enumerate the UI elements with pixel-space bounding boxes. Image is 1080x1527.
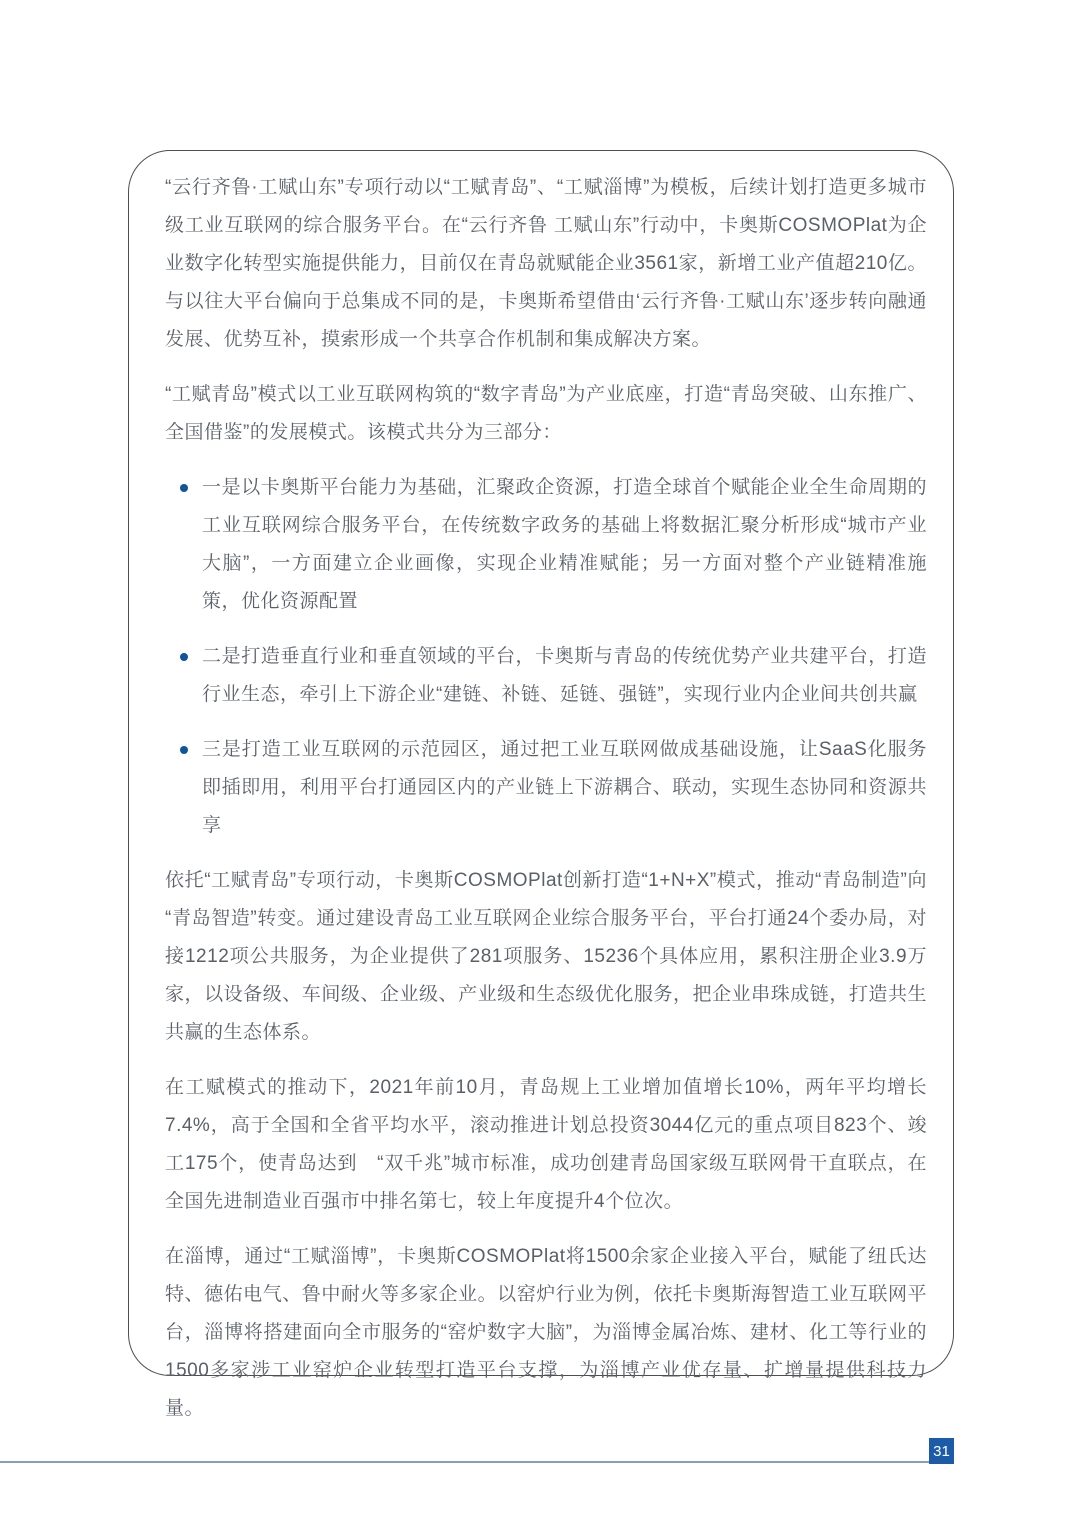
bullet-item-2: 二是打造垂直行业和垂直领域的平台，卡奥斯与青岛的传统优势产业共建平台，打造行业生…: [165, 638, 927, 714]
bullet-item-3: 三是打造工业互联网的示范园区，通过把工业互联网做成基础设施，让SaaS化服务即插…: [165, 731, 927, 845]
paragraph-1nx-model: 依托“工赋青岛”专项行动，卡奥斯COSMOPlat创新打造“1+N+X”模式，推…: [165, 862, 927, 1052]
bullet-list: 一是以卡奥斯平台能力为基础，汇聚政企资源，打造全球首个赋能企业全生命周期的工业互…: [165, 469, 927, 845]
paragraph-qingdao-stats: 在工赋模式的推动下，2021年前10月，青岛规上工业增加值增长10%，两年平均增…: [165, 1069, 927, 1221]
paragraph-gongfu-qingdao-model: “工赋青岛”模式以工业互联网构筑的“数字青岛”为产业底座，打造“青岛突破、山东推…: [165, 376, 927, 452]
bullet-text-2: 二是打造垂直行业和垂直领域的平台，卡奥斯与青岛的传统优势产业共建平台，打造行业生…: [202, 638, 927, 714]
bullet-item-1: 一是以卡奥斯平台能力为基础，汇聚政企资源，打造全球首个赋能企业全生命周期的工业互…: [165, 469, 927, 621]
bullet-text-3: 三是打造工业互联网的示范园区，通过把工业互联网做成基础设施，让SaaS化服务即插…: [202, 731, 927, 845]
bullet-text-1: 一是以卡奥斯平台能力为基础，汇聚政企资源，打造全球首个赋能企业全生命周期的工业互…: [202, 469, 927, 621]
paragraph-zibo: 在淄博，通过“工赋淄博”，卡奥斯COSMOPlat将1500余家企业接入平台，赋…: [165, 1238, 927, 1428]
document-card: “云行齐鲁·工赋山东”专项行动以“工赋青岛”、“工赋淄博”为模板，后续计划打造更…: [128, 150, 954, 1376]
bullet-dot-icon: [180, 746, 188, 754]
page-number-badge: 31: [929, 1438, 954, 1464]
paragraph-yunxing-qilu-intro: “云行齐鲁·工赋山东”专项行动以“工赋青岛”、“工赋淄博”为模板，后续计划打造更…: [165, 169, 927, 359]
bullet-dot-icon: [180, 653, 188, 661]
footer-rule: [0, 1461, 954, 1463]
bullet-dot-icon: [180, 484, 188, 492]
